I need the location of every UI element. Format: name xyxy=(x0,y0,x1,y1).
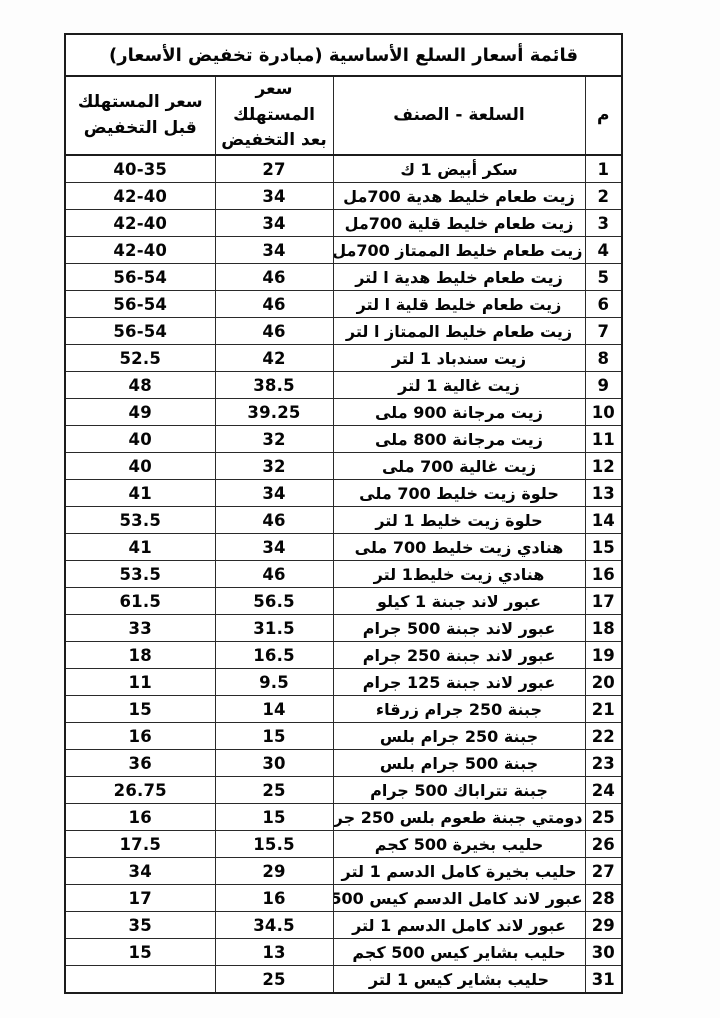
item-name-cell: عبور لاند جبنة 250 جرام xyxy=(333,642,585,669)
item-name-cell: هنادي زيت خليط1 لتر xyxy=(333,561,585,588)
row-number-cell: 5 xyxy=(585,264,622,291)
row-number-cell: 29 xyxy=(585,912,622,939)
price-table: قائمة أسعار السلع الأساسية (مبادرة تخفيض… xyxy=(64,33,623,994)
table-row: 2زيت طعام خليط هدية 700مل3442-40 xyxy=(65,183,622,210)
price-after-cell: 46 xyxy=(215,318,333,345)
price-after-cell: 46 xyxy=(215,264,333,291)
column-header-index: م xyxy=(585,76,622,155)
price-before-cell: 11 xyxy=(65,669,215,696)
table-row: 23جبنة 500 جرام بلس3036 xyxy=(65,750,622,777)
price-before-cell: 36 xyxy=(65,750,215,777)
item-name-cell: جبنة 250 جرام زرقاء xyxy=(333,696,585,723)
table-row: 5زيت طعام خليط هدية ا لتر4656-54 xyxy=(65,264,622,291)
price-after-cell: 14 xyxy=(215,696,333,723)
price-before-cell: 15 xyxy=(65,939,215,966)
item-name-cell: زيت طعام خليط الممتاز 700مل xyxy=(333,237,585,264)
price-after-cell: 25 xyxy=(215,966,333,994)
row-number-cell: 8 xyxy=(585,345,622,372)
table-row: 4زيت طعام خليط الممتاز 700مل3442-40 xyxy=(65,237,622,264)
price-after-cell: 9.5 xyxy=(215,669,333,696)
table-row: 17عبور لاند جبنة 1 كيلو56.561.5 xyxy=(65,588,622,615)
item-name-cell: زيت مرجانة 800 ملى xyxy=(333,426,585,453)
price-before-cell: 35 xyxy=(65,912,215,939)
page-title: قائمة أسعار السلع الأساسية (مبادرة تخفيض… xyxy=(65,34,622,76)
row-number-cell: 12 xyxy=(585,453,622,480)
price-before-cell: 53.5 xyxy=(65,561,215,588)
price-before-cell xyxy=(65,966,215,994)
row-number-cell: 10 xyxy=(585,399,622,426)
price-before-cell: 52.5 xyxy=(65,345,215,372)
item-name-cell: زيت طعام خليط هدية 700مل xyxy=(333,183,585,210)
price-after-cell: 46 xyxy=(215,507,333,534)
row-number-cell: 25 xyxy=(585,804,622,831)
price-after-cell: 34 xyxy=(215,237,333,264)
item-name-cell: عبور لاند كامل الدسم 1 لتر xyxy=(333,912,585,939)
item-name-cell: جبنة 250 جرام بلس xyxy=(333,723,585,750)
row-number-cell: 30 xyxy=(585,939,622,966)
item-name-cell: زيت طعام خليط الممتاز ا لتر xyxy=(333,318,585,345)
table-row: 11زيت مرجانة 800 ملى3240 xyxy=(65,426,622,453)
price-after-cell: 34 xyxy=(215,183,333,210)
table-row: 12زيت غالية 700 ملى3240 xyxy=(65,453,622,480)
item-name-cell: زيت مرجانة 900 ملى xyxy=(333,399,585,426)
price-after-cell: 30 xyxy=(215,750,333,777)
row-number-cell: 11 xyxy=(585,426,622,453)
price-before-cell: 42-40 xyxy=(65,237,215,264)
price-before-cell: 40 xyxy=(65,453,215,480)
row-number-cell: 1 xyxy=(585,155,622,183)
table-row: 16هنادي زيت خليط1 لتر4653.5 xyxy=(65,561,622,588)
price-after-cell: 34 xyxy=(215,480,333,507)
price-before-cell: 56-54 xyxy=(65,318,215,345)
column-header-price-before: سعر المستهلك قبل التخفيض xyxy=(65,76,215,155)
table-row: 9زيت غالية 1 لتر38.548 xyxy=(65,372,622,399)
table-row: 7زيت طعام خليط الممتاز ا لتر4656-54 xyxy=(65,318,622,345)
price-before-cell: 53.5 xyxy=(65,507,215,534)
item-name-cell: زيت طعام خليط قلية ا لتر xyxy=(333,291,585,318)
row-number-cell: 14 xyxy=(585,507,622,534)
row-number-cell: 20 xyxy=(585,669,622,696)
item-name-cell: زيت غالية 700 ملى xyxy=(333,453,585,480)
table-row: 30حليب بشاير كيس 500 كجم1315 xyxy=(65,939,622,966)
table-row: 20عبور لاند جبنة 125 جرام9.511 xyxy=(65,669,622,696)
row-number-cell: 7 xyxy=(585,318,622,345)
table-row: 10زيت مرجانة 900 ملى39.2549 xyxy=(65,399,622,426)
row-number-cell: 22 xyxy=(585,723,622,750)
row-number-cell: 16 xyxy=(585,561,622,588)
price-after-cell: 56.5 xyxy=(215,588,333,615)
price-after-cell: 34 xyxy=(215,534,333,561)
table-body: 1سكر أبيض 1 ك2740-352زيت طعام خليط هدية … xyxy=(65,155,622,993)
item-name-cell: حليب بخيرة كامل الدسم 1 لتر xyxy=(333,858,585,885)
item-name-cell: دومتي جبنة طعوم بلس 250 جرام xyxy=(333,804,585,831)
price-after-cell: 27 xyxy=(215,155,333,183)
item-name-cell: حلوة زيت خليط 700 ملى xyxy=(333,480,585,507)
table-row: 24جبنة تتراباك 500 جرام2526.75 xyxy=(65,777,622,804)
price-after-cell: 32 xyxy=(215,426,333,453)
table-row: 28عبور لاند كامل الدسم كيس 500 ملي1617 xyxy=(65,885,622,912)
row-number-cell: 2 xyxy=(585,183,622,210)
price-before-cell: 17.5 xyxy=(65,831,215,858)
table-row: 21جبنة 250 جرام زرقاء1415 xyxy=(65,696,622,723)
item-name-cell: زيت سندباد 1 لتر xyxy=(333,345,585,372)
row-number-cell: 31 xyxy=(585,966,622,994)
table-row: 18عبور لاند جبنة 500 جرام31.533 xyxy=(65,615,622,642)
table-row: 31حليب بشاير كيس 1 لتر25 xyxy=(65,966,622,994)
column-header-price-after: سعر المستهلك بعد التخفيض xyxy=(215,76,333,155)
row-number-cell: 19 xyxy=(585,642,622,669)
price-before-cell: 34 xyxy=(65,858,215,885)
table-row: 26حليب بخيرة 500 كجم15.517.5 xyxy=(65,831,622,858)
item-name-cell: جبنة 500 جرام بلس xyxy=(333,750,585,777)
table-row: 14حلوة زيت خليط 1 لتر4653.5 xyxy=(65,507,622,534)
table-row: 1سكر أبيض 1 ك2740-35 xyxy=(65,155,622,183)
row-number-cell: 23 xyxy=(585,750,622,777)
table-row: 6زيت طعام خليط قلية ا لتر4656-54 xyxy=(65,291,622,318)
price-after-cell: 15 xyxy=(215,723,333,750)
table-row: 15هنادي زيت خليط 700 ملى3441 xyxy=(65,534,622,561)
price-after-cell: 34 xyxy=(215,210,333,237)
price-after-cell: 31.5 xyxy=(215,615,333,642)
item-name-cell: حليب بخيرة 500 كجم xyxy=(333,831,585,858)
table-row: 27حليب بخيرة كامل الدسم 1 لتر2934 xyxy=(65,858,622,885)
price-before-cell: 41 xyxy=(65,534,215,561)
price-after-cell: 13 xyxy=(215,939,333,966)
header-row: م السلعة - الصنف سعر المستهلك بعد التخفي… xyxy=(65,76,622,155)
item-name-cell: عبور لاند كامل الدسم كيس 500 ملي xyxy=(333,885,585,912)
item-name-cell: جبنة تتراباك 500 جرام xyxy=(333,777,585,804)
price-after-cell: 15 xyxy=(215,804,333,831)
price-before-cell: 33 xyxy=(65,615,215,642)
item-name-cell: زيت غالية 1 لتر xyxy=(333,372,585,399)
price-after-cell: 29 xyxy=(215,858,333,885)
table-row: 22جبنة 250 جرام بلس1516 xyxy=(65,723,622,750)
item-name-cell: حليب بشاير كيس 500 كجم xyxy=(333,939,585,966)
item-name-cell: زيت طعام خليط هدية ا لتر xyxy=(333,264,585,291)
price-before-cell: 56-54 xyxy=(65,264,215,291)
row-number-cell: 18 xyxy=(585,615,622,642)
price-before-cell: 26.75 xyxy=(65,777,215,804)
price-after-cell: 42 xyxy=(215,345,333,372)
price-before-cell: 56-54 xyxy=(65,291,215,318)
price-before-cell: 42-40 xyxy=(65,210,215,237)
row-number-cell: 3 xyxy=(585,210,622,237)
price-after-cell: 32 xyxy=(215,453,333,480)
item-name-cell: حلوة زيت خليط 1 لتر xyxy=(333,507,585,534)
table-row: 29عبور لاند كامل الدسم 1 لتر34.535 xyxy=(65,912,622,939)
item-name-cell: عبور لاند جبنة 1 كيلو xyxy=(333,588,585,615)
price-before-cell: 15 xyxy=(65,696,215,723)
price-list-document: قائمة أسعار السلع الأساسية (مبادرة تخفيض… xyxy=(0,0,720,1018)
price-after-cell: 46 xyxy=(215,291,333,318)
price-after-cell: 16.5 xyxy=(215,642,333,669)
price-after-cell: 38.5 xyxy=(215,372,333,399)
item-name-cell: عبور لاند جبنة 500 جرام xyxy=(333,615,585,642)
price-before-cell: 18 xyxy=(65,642,215,669)
table-row: 8زيت سندباد 1 لتر4252.5 xyxy=(65,345,622,372)
item-name-cell: حليب بشاير كيس 1 لتر xyxy=(333,966,585,994)
price-after-cell: 34.5 xyxy=(215,912,333,939)
table-row: 13حلوة زيت خليط 700 ملى3441 xyxy=(65,480,622,507)
price-before-cell: 40-35 xyxy=(65,155,215,183)
row-number-cell: 24 xyxy=(585,777,622,804)
price-before-cell: 17 xyxy=(65,885,215,912)
price-after-cell: 15.5 xyxy=(215,831,333,858)
row-number-cell: 21 xyxy=(585,696,622,723)
price-after-cell: 46 xyxy=(215,561,333,588)
price-after-cell: 39.25 xyxy=(215,399,333,426)
price-after-cell: 16 xyxy=(215,885,333,912)
price-before-cell: 40 xyxy=(65,426,215,453)
price-before-cell: 42-40 xyxy=(65,183,215,210)
price-before-cell: 49 xyxy=(65,399,215,426)
title-row: قائمة أسعار السلع الأساسية (مبادرة تخفيض… xyxy=(65,34,622,76)
price-before-cell: 16 xyxy=(65,804,215,831)
row-number-cell: 27 xyxy=(585,858,622,885)
row-number-cell: 13 xyxy=(585,480,622,507)
row-number-cell: 26 xyxy=(585,831,622,858)
row-number-cell: 15 xyxy=(585,534,622,561)
item-name-cell: سكر أبيض 1 ك xyxy=(333,155,585,183)
row-number-cell: 17 xyxy=(585,588,622,615)
table-row: 3زيت طعام خليط قلية 700مل3442-40 xyxy=(65,210,622,237)
price-before-cell: 48 xyxy=(65,372,215,399)
price-before-cell: 16 xyxy=(65,723,215,750)
row-number-cell: 6 xyxy=(585,291,622,318)
table-row: 19عبور لاند جبنة 250 جرام16.518 xyxy=(65,642,622,669)
column-header-item: السلعة - الصنف xyxy=(333,76,585,155)
price-before-cell: 61.5 xyxy=(65,588,215,615)
price-before-cell: 41 xyxy=(65,480,215,507)
item-name-cell: هنادي زيت خليط 700 ملى xyxy=(333,534,585,561)
table-row: 25دومتي جبنة طعوم بلس 250 جرام1516 xyxy=(65,804,622,831)
item-name-cell: زيت طعام خليط قلية 700مل xyxy=(333,210,585,237)
row-number-cell: 28 xyxy=(585,885,622,912)
item-name-cell: عبور لاند جبنة 125 جرام xyxy=(333,669,585,696)
row-number-cell: 4 xyxy=(585,237,622,264)
price-after-cell: 25 xyxy=(215,777,333,804)
row-number-cell: 9 xyxy=(585,372,622,399)
